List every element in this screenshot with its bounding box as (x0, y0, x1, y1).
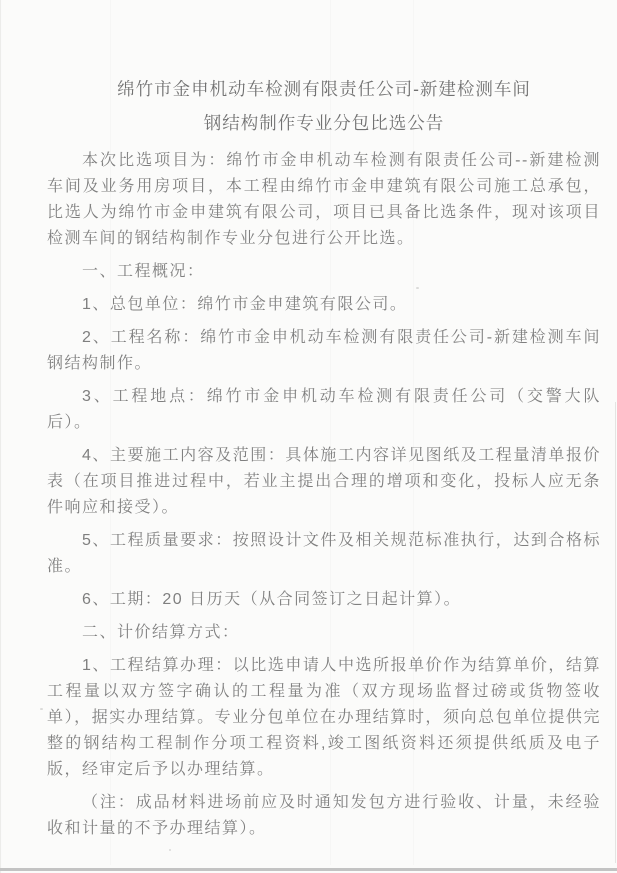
scan-speck (416, 287, 419, 289)
section-1-item-5: 5、工程质量要求：按照设计文件及相关规范标准执行，达到合格标准。 (47, 528, 601, 580)
scanned-document-page: 绵竹市金申机动车检测有限责任公司-新建检测车间 钢结构制作专业分包比选公告 本次… (0, 0, 617, 873)
page-bottom-edge (0, 868, 617, 871)
section-2-note: （注：成品材料进场前应及时通知发包方进行验收、计量，未经验收和计量的不予办理结算… (47, 790, 601, 842)
scan-speck (40, 708, 43, 710)
document-title-line-1: 绵竹市金申机动车检测有限责任公司-新建检测车间 (47, 76, 601, 103)
section-1-heading: 一、工程概况： (47, 259, 601, 285)
section-1-item-6: 6、工期：20 日历天（从合同签订之日起计算）。 (47, 587, 601, 613)
page-right-edge (615, 402, 616, 863)
section-1-item-1: 1、总包单位：绵竹市金申建筑有限公司。 (47, 292, 601, 318)
section-1-item-2: 2、工程名称：绵竹市金申机动车检测有限责任公司-新建检测车间钢结构制作。 (47, 325, 601, 377)
section-2-heading: 二、计价结算方式： (47, 620, 601, 646)
section-2-item-1: 1、工程结算办理：以比选申请人中选所报单价作为结算单价，结算工程量以双方签字确认… (47, 653, 601, 783)
page-left-edge (0, 0, 1, 873)
intro-paragraph: 本次比选项目为：绵竹市金申机动车检测有限责任公司--新建检测车间及业务用房项目，… (47, 148, 601, 252)
section-1-item-3: 3、工程地点：绵竹市金申机动车检测有限责任公司（交警大队后）。 (47, 384, 601, 436)
document-title-line-2: 钢结构制作专业分包比选公告 (47, 110, 601, 137)
section-1-item-4: 4、主要施工内容及范围：具体施工内容详见图纸及工程量清单报价表（在项目推进过程中… (47, 443, 601, 521)
scan-speck (169, 849, 171, 851)
announcement-document: 绵竹市金申机动车检测有限责任公司-新建检测车间 钢结构制作专业分包比选公告 本次… (47, 76, 601, 842)
